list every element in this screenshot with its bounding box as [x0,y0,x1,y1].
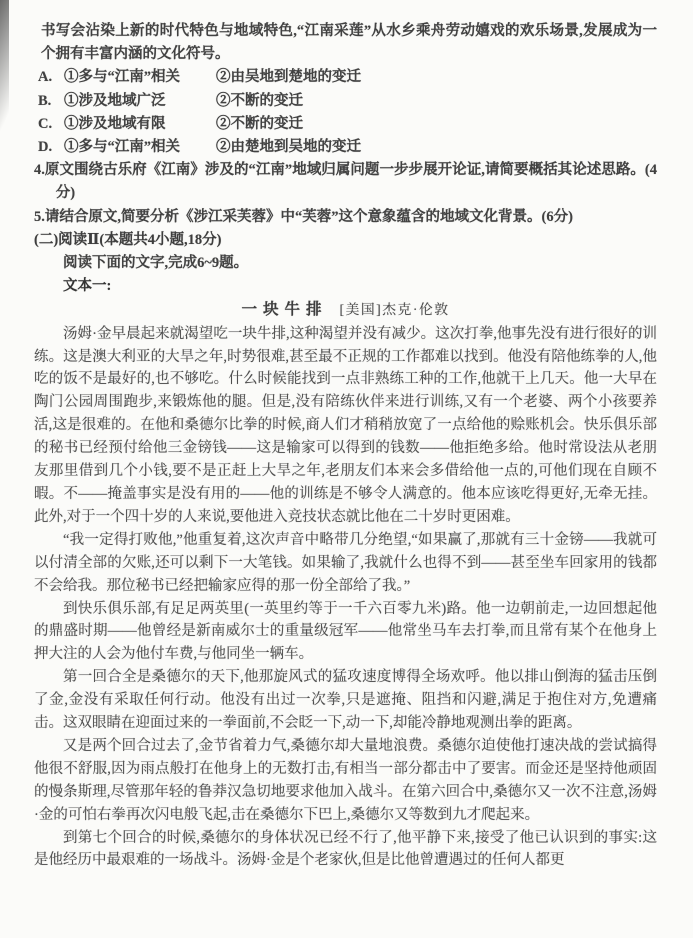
story-paragraph-6: 到第七个回合的时候,桑德尔的身体状况已经不行了,他平静下来,接受了他已认识到的事… [34,827,657,873]
option-part2: ②由楚地到吴地的变迁 [216,136,657,159]
choice-option-b: B. ①涉及地域广泛 ②不断的变迁 [34,90,657,113]
question-4: 4.原文围绕古乐府《江南》涉及的“江南”地域归属问题一步步展开论证,请简要概括其… [34,159,657,205]
option-label: C. [38,113,64,136]
story-title: 一块牛排 [241,301,327,318]
option-part1: ①涉及地域广泛 [64,90,216,113]
story-paragraph-1: 汤姆·金早晨起来就渴望吃一块牛排,这种渴望并没有减少。这次打拳,他事先没有进行很… [34,323,657,529]
story-paragraph-4: 第一回合全是桑德尔的天下,他那旋风式的猛攻速度博得全场欢呼。他以排山倒海的猛击压… [34,666,657,735]
option-part2: ②不断的变迁 [216,90,657,113]
story-paragraph-3: 到快乐俱乐部,有足足两英里(一英里约等于一千六百零九米)路。他一边朝前走,一边回… [34,598,657,667]
option-label: B. [38,90,64,113]
choice-option-c: C. ①涉及地域有限 ②不断的变迁 [34,113,657,136]
choice-option-a: A. ①多与“江南”相关 ②由吴地到楚地的变迁 [34,66,657,89]
text-one-label: 文本一: [34,275,657,298]
option-part1: ①涉及地域有限 [64,113,216,136]
option-part2: ②由吴地到楚地的变迁 [216,66,657,89]
story-paragraph-5: 又是两个回合过去了,金节省着力气,桑德尔却大量地浪费。桑德尔迫使他打速决战的尝试… [34,735,657,827]
story-author: [美国]杰克·伦敦 [339,302,449,317]
story-title-line: 一块牛排[美国]杰克·伦敦 [34,298,657,322]
choice-option-d: D. ①多与“江南”相关 ②由楚地到吴地的变迁 [34,136,657,159]
passage-intro: 书写会沾染上新的时代特色与地域特色,“江南采莲”从水乡乘舟劳动嬉戏的欢乐场景,发… [34,20,657,66]
option-label: D. [38,136,64,159]
option-part1: ①多与“江南”相关 [64,136,216,159]
option-label: A. [38,66,64,89]
option-part2: ②不断的变迁 [216,113,657,136]
reading-instruction: 阅读下面的文字,完成6~9题。 [34,252,657,275]
section-header: (二)阅读Ⅱ(本题共4小题,18分) [34,229,657,252]
exam-page: 书写会沾染上新的时代特色与地域特色,“江南采莲”从水乡乘舟劳动嬉戏的欢乐场景,发… [0,0,693,938]
scan-edge-artifact [0,0,9,170]
question-5: 5.请结合原文,简要分析《涉江采芙蓉》中“芙蓉”这个意象蕴含的地域文化背景。(6… [34,206,657,229]
option-part1: ①多与“江南”相关 [64,66,216,89]
story-paragraph-2: “我一定得打败他,”他重复着,这次声音中略带几分绝望,“如果赢了,那就有三十金镑… [34,529,657,598]
